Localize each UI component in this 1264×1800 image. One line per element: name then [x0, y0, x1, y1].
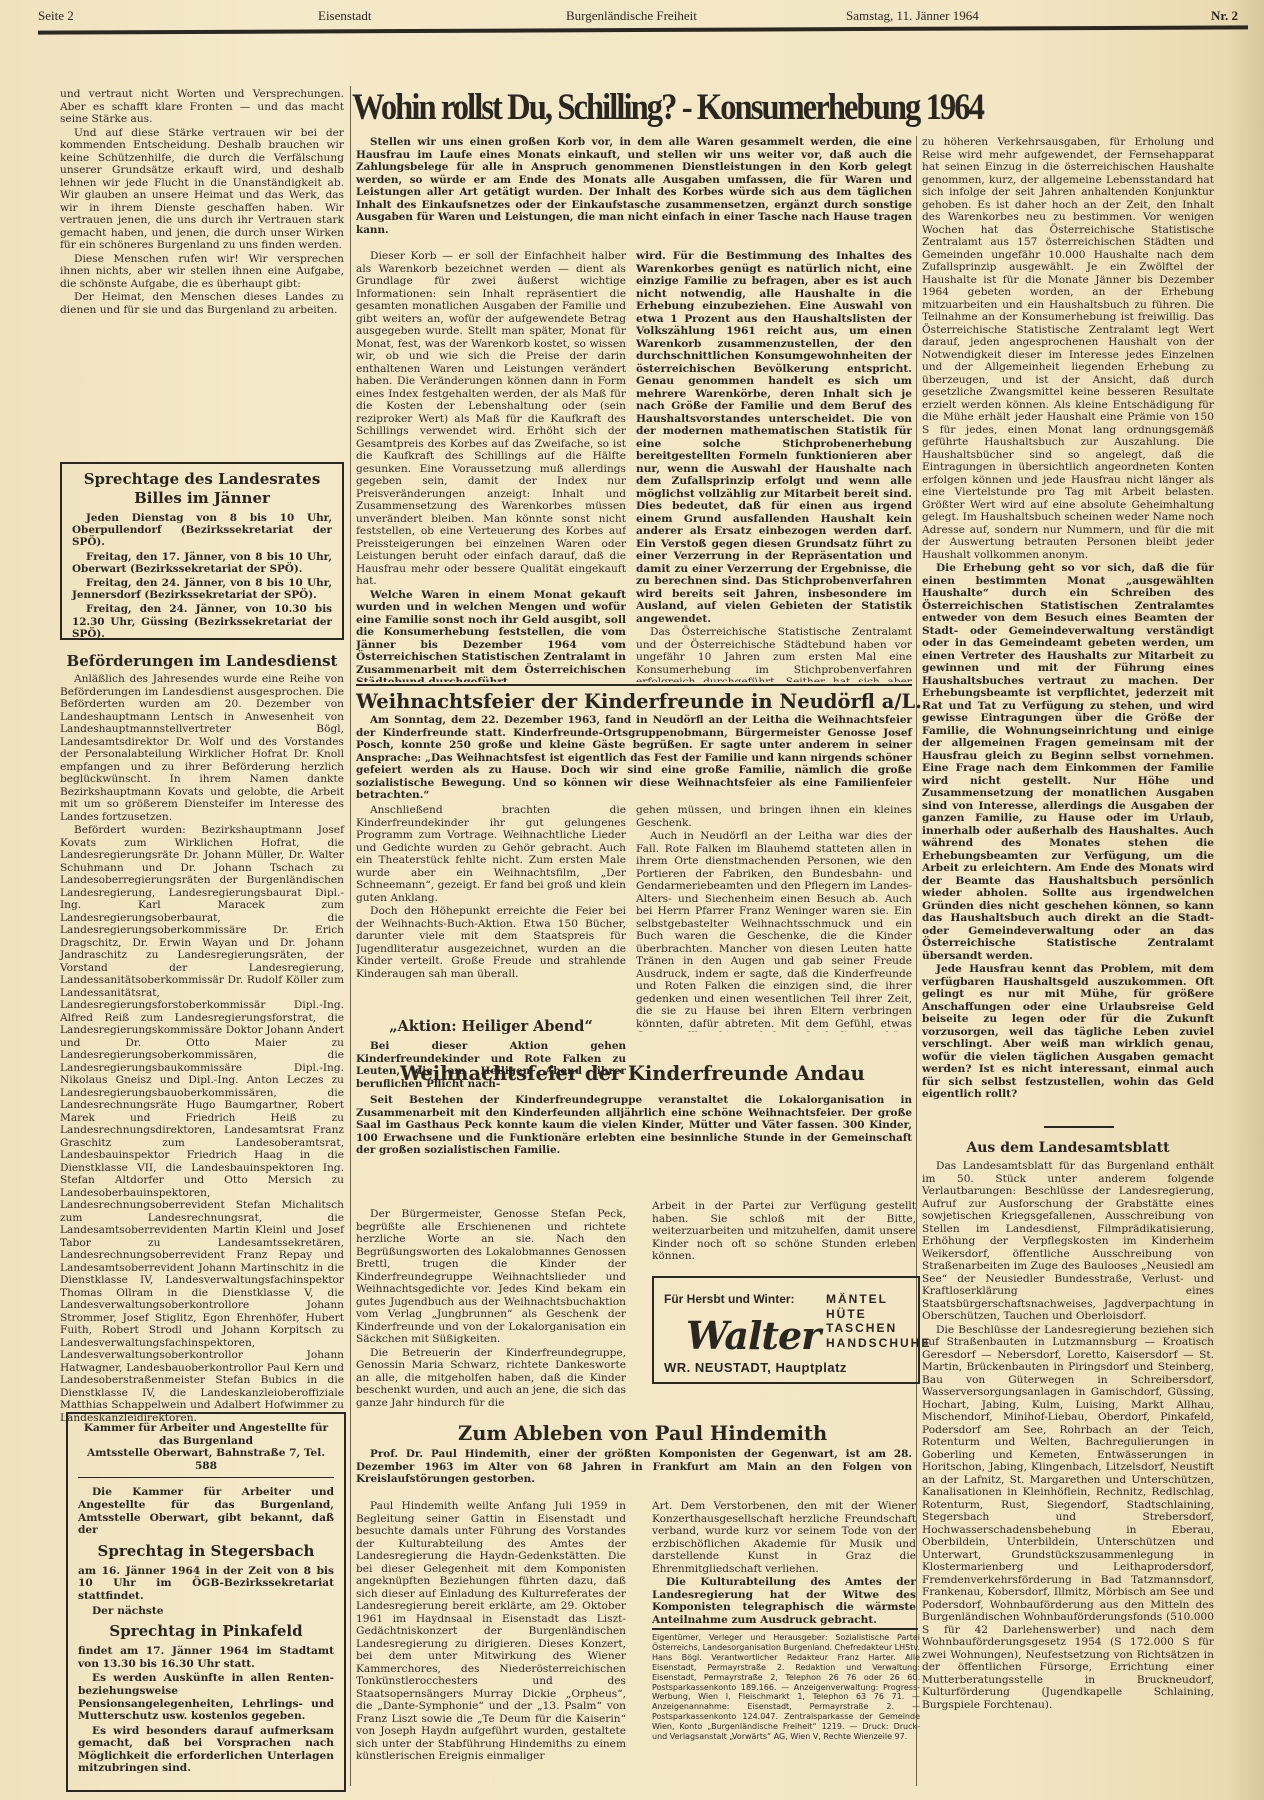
paragraph: Es wird besonders darauf aufmerksam gema… [78, 1725, 334, 1775]
ad-item: MÄNTEL [826, 1292, 931, 1307]
konsum-col-3: zu höheren Verkehrsausgaben, für Erholun… [922, 136, 1214, 1116]
konsum-col-1: Dieser Korb — er soll der Einfachheit ha… [356, 250, 626, 682]
article-heading: Weihnachtsfeier der Kinderfreunde in Neu… [356, 690, 922, 713]
paragraph: zu höheren Verkehrsausgaben, für Erholun… [922, 136, 1214, 561]
konsum-col-2: wird. Für die Bestimmung des Inhaltes de… [636, 250, 912, 682]
paragraph: wird. Für die Bestimmung des Inhaltes de… [636, 250, 912, 625]
box-title: Sprechtage des Landesrates Billes im Jän… [72, 470, 332, 508]
page-number: Seite 2 [38, 8, 74, 24]
paragraph: und vertraut nicht Worten und Versprechu… [60, 88, 344, 126]
hindemith-col-1: Paul Hindemith weilte Anfang Juli 1959 i… [356, 1500, 626, 1764]
paragraph: Paul Hindemith weilte Anfang Juli 1959 i… [356, 1500, 626, 1763]
paragraph: Jede Hausfrau kennt das Problem, mit dem… [922, 963, 1214, 1101]
paragraph: Der nächste [78, 1605, 334, 1618]
section-rule [1044, 1126, 1114, 1128]
paragraph: Der Heimat, den Menschen dieses Landes z… [60, 291, 344, 316]
article-heading: Weihnachtsfeier der Kinderfreunde Andau [400, 1062, 865, 1085]
paragraph: Die Beschlüsse der Landesregierung bezie… [922, 1324, 1214, 1712]
ad-address: WR. NEUSTADT, Hauptplatz [664, 1360, 847, 1375]
paragraph: Das Landesamtsblatt für das Burgenland e… [922, 1160, 1214, 1323]
paragraph: Die Kammer für Arbeiter und Angestellte … [78, 1486, 334, 1536]
article-heading: Beförderungen im Landesdienst [60, 652, 344, 670]
schedule-entry: Freitag, den 24. Jänner, von 10.30 bis 1… [72, 603, 332, 640]
paragraph: Und auf diese Stärke vertrauen wir bei d… [60, 127, 344, 252]
article-heading: Aus dem Landesamtsblatt [922, 1140, 1214, 1156]
paragraph: Diese Menschen rufen wir! Wir verspreche… [60, 253, 344, 291]
notice-head: Kammer für Arbeiter und Angestellte für … [78, 1422, 334, 1478]
paragraph: Das Österreichische Statistische Zentral… [636, 626, 912, 682]
ad-item: HANDSCHUHE [826, 1336, 931, 1351]
city: Eisenstadt [318, 8, 371, 24]
befoerderungen-article: Anläßlich des Jahresendes wurde eine Rei… [60, 673, 344, 1425]
paragraph: am 16. Jänner 1964 in der Zeit von 8 bis… [78, 1565, 334, 1603]
neudoerfl-col-2: gehen müssen, und bringen ihnen ein klei… [636, 804, 912, 1032]
hindemith-col-2: Art. Dem Verstorbenen, den mit der Wiene… [652, 1500, 916, 1627]
paragraph: Prof. Dr. Paul Hindemith, einer der größ… [356, 1448, 912, 1486]
section-rule [652, 1628, 918, 1630]
schedule-entry: Freitag, den 17. Jänner, von 8 bis 10 Uh… [72, 551, 332, 575]
kammer-notice-box: Kammer für Arbeiter und Angestellte für … [66, 1412, 346, 1792]
newspaper-page: Seite 2 Eisenstadt Burgenländische Freih… [0, 0, 1264, 1800]
andau-lede: Seit Bestehen der Kinderfreundegruppe ve… [356, 1094, 912, 1158]
main-headline: Wohin rollst Du, Schilling? - Konsumerhe… [352, 86, 1109, 129]
paragraph: Die Kulturabteilung des Amtes der Landes… [652, 1576, 916, 1626]
paragraph: Die Erhebung geht so vor sich, daß die f… [922, 562, 1214, 962]
paragraph: Seit Bestehen der Kinderfreundegruppe ve… [356, 1094, 912, 1157]
notice-subheading: Sprechtag in Stegersbach [78, 1541, 334, 1561]
header-rule [38, 25, 1248, 34]
ad-brand-logo: Walter [686, 1316, 820, 1356]
issue-date: Samstag, 11. Jänner 1964 [846, 8, 979, 24]
paragraph: Eigentümer, Verleger und Herausgeber: So… [652, 1633, 920, 1742]
column-divider [350, 86, 351, 1786]
paragraph: Anläßlich des Jahresendes wurde eine Rei… [60, 673, 344, 823]
paragraph: findet am 17. Jänner 1964 im Stadtamt vo… [78, 1645, 334, 1670]
walter-advertisement: Für Hersbt und Winter: MÄNTEL HÜTE TASCH… [652, 1276, 920, 1384]
andau-col-1: Der Bürgermeister, Genosse Stefan Peck, … [356, 1208, 626, 1416]
section-rule [356, 684, 912, 686]
paragraph: Auch in Neudörfl an der Leitha war dies … [636, 830, 912, 1032]
impressum: Eigentümer, Verleger und Herausgeber: So… [652, 1633, 920, 1743]
hindemith-lede: Prof. Dr. Paul Hindemith, einer der größ… [356, 1448, 912, 1487]
subheading: „Aktion: Heiliger Abend“ [356, 1018, 626, 1035]
sprechtage-box: Sprechtage des Landesrates Billes im Jän… [60, 462, 344, 640]
column-divider [916, 136, 917, 1786]
paragraph: Es werden Auskünfte in allen Renten- bez… [78, 1672, 334, 1722]
paragraph: Welche Waren in einem Monat gekauft wurd… [356, 589, 626, 683]
paragraph: Arbeit in der Partei zur Verfügung geste… [652, 1200, 916, 1263]
paragraph: Der Bürgermeister, Genosse Stefan Peck, … [356, 1208, 626, 1346]
left-intro-article: und vertraut nicht Worten und Versprechu… [60, 88, 344, 317]
neudoerfl-lede: Am Sonntag, dem 22. Dezember 1963, fand … [356, 714, 912, 803]
ad-item: HÜTE [826, 1307, 931, 1322]
schedule-entry: Jeden Dienstag von 8 bis 10 Uhr, Oberpul… [72, 512, 332, 549]
ad-lead: Für Hersbt und Winter: [664, 1292, 795, 1306]
paragraph: gehen müssen, und bringen ihnen ein klei… [636, 804, 912, 829]
neudoerfl-col-1: Anschließend brachten die Kinderfreundek… [356, 804, 626, 1014]
paragraph: Am Sonntag, dem 22. Dezember 1963, fand … [356, 714, 912, 802]
paragraph: Stellen wir uns einen großen Korb vor, i… [356, 136, 912, 236]
paragraph: Befördert wurden: Bezirkshauptmann Josef… [60, 824, 344, 1424]
issue-number: Nr. 2 [1211, 8, 1238, 24]
schedule-entry: Freitag, den 24. Jänner, von 8 bis 10 Uh… [72, 577, 332, 601]
paragraph: Anschließend brachten die Kinderfreundek… [356, 804, 626, 904]
ad-items: MÄNTEL HÜTE TASCHEN HANDSCHUHE [826, 1292, 931, 1350]
konsum-lede: Stellen wir uns einen großen Korb vor, i… [356, 136, 912, 237]
page-header: Seite 2 Eisenstadt Burgenländische Freih… [38, 2, 1248, 28]
paragraph: Dieser Korb — er soll der Einfachheit ha… [356, 250, 626, 588]
newspaper-name: Burgenländische Freiheit [566, 8, 697, 24]
notice-subheading: Sprechtag in Pinkafeld [78, 1621, 334, 1641]
landesamtsblatt-article: Das Landesamtsblatt für das Burgenland e… [922, 1160, 1214, 1712]
paragraph: Die Betreuerin der Kinderfreundegruppe, … [356, 1347, 626, 1410]
article-heading: Zum Ableben von Paul Hindemith [458, 1422, 827, 1445]
paragraph: Doch den Höhepunkt erreichte die Feier b… [356, 905, 626, 980]
andau-col-2: Arbeit in der Partei zur Verfügung geste… [652, 1200, 916, 1264]
ad-item: TASCHEN [826, 1321, 931, 1336]
paragraph: Art. Dem Verstorbenen, den mit der Wiene… [652, 1500, 916, 1575]
